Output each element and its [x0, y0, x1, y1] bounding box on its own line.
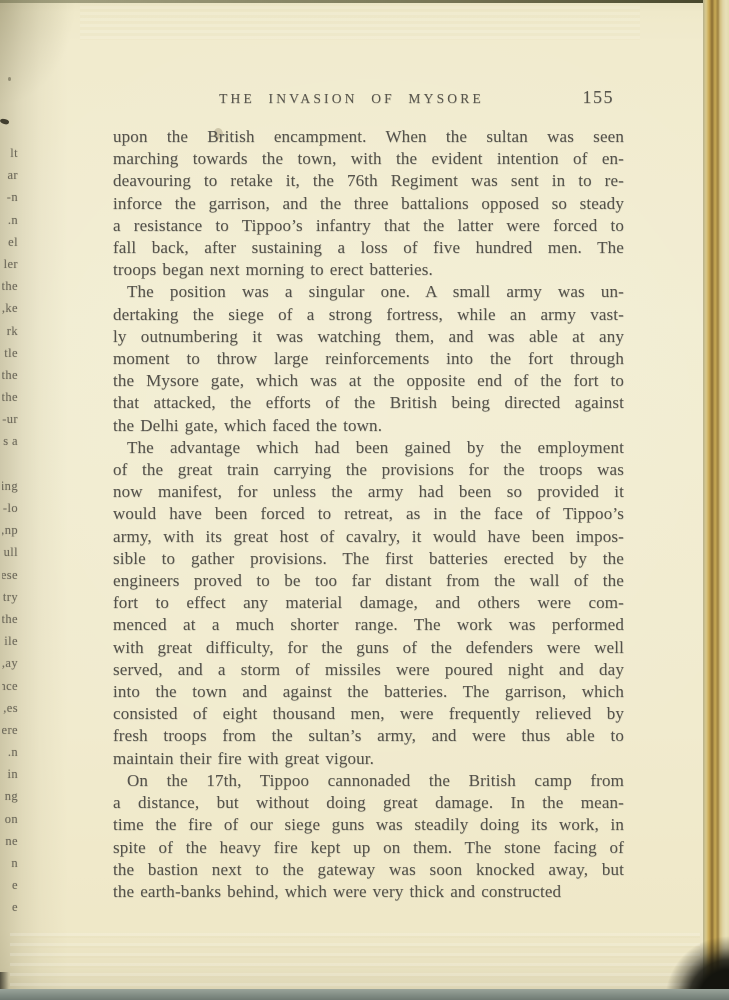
fragment-line: es,	[2, 697, 18, 719]
text-line: a resistance to Tippoo’s infantry that t…	[113, 215, 624, 237]
fragment-line: np,	[2, 519, 18, 541]
fragment-line: n	[2, 852, 18, 874]
text-line: dertaking the siege of a strong fortress…	[113, 304, 624, 326]
facing-page-text-fragments: ltarn-n.ellertheke,rktlethetheur-s aingl…	[2, 142, 18, 919]
book-top-edge	[0, 0, 729, 3]
fragment-line: ay,	[2, 652, 18, 674]
text-line: moment to throw large reinforcements int…	[113, 348, 624, 370]
text-line: with great difficulty, for the guns of t…	[113, 637, 624, 659]
body-text: upon the British encampment. When the su…	[113, 126, 624, 903]
fragment-line: ing	[2, 475, 18, 497]
fragment-line: e	[2, 896, 18, 918]
fragment-line: rk	[2, 320, 18, 342]
backdrop-surface	[0, 989, 729, 1000]
text-line: the Mysore gate, which was at the opposi…	[113, 370, 624, 392]
fragment-line: lt	[2, 142, 18, 164]
fragment-line: ng	[2, 785, 18, 807]
ink-speck	[8, 77, 11, 81]
text-line: maintain their fire with great vigour.	[113, 748, 624, 770]
fragment-line: the	[2, 608, 18, 630]
fragment-line: n.	[2, 741, 18, 763]
text-line: time the fire of our siege guns was stea…	[113, 814, 624, 836]
fragment-line: ile	[2, 630, 18, 652]
text-line: the earth-banks behind, which were very …	[113, 881, 624, 903]
corner-shadow	[659, 920, 729, 1000]
fragment-line: ne	[2, 830, 18, 852]
text-line: would have been forced to retreat, as in…	[113, 503, 624, 525]
text-line: sible to gather provisions. The first ba…	[113, 548, 624, 570]
text-line: engineers proved to be too far distant f…	[113, 570, 624, 592]
paragraph: upon the British encampment. When the su…	[113, 126, 624, 281]
fragment-line: ur-	[2, 408, 18, 430]
gutter-top-shadow	[0, 0, 90, 150]
fragment-line: the	[2, 386, 18, 408]
fragment-line: the	[2, 364, 18, 386]
fragment-line: ler	[2, 253, 18, 275]
fragment-line	[2, 453, 18, 475]
fragment-line: ere	[2, 719, 18, 741]
fragment-line: tle	[2, 342, 18, 364]
fragment-line: ke,	[2, 297, 18, 319]
fragment-line: n.	[2, 209, 18, 231]
fragment-line: ar	[2, 164, 18, 186]
text-line: of the great train carrying the provisio…	[113, 459, 624, 481]
paragraph: On the 17th, Tippoo cannonaded the Briti…	[113, 770, 624, 903]
fragment-line: lo-	[2, 497, 18, 519]
text-line: ly outnumbering it was watching them, an…	[113, 326, 624, 348]
running-header: THE INVASION OF MYSORE 155	[113, 91, 624, 113]
fragment-line: el	[2, 231, 18, 253]
fragment-line: on	[2, 808, 18, 830]
fragment-line: the	[2, 275, 18, 297]
fragment-line: n-	[2, 186, 18, 208]
text-line: army, with its great host of cavalry, it…	[113, 526, 624, 548]
page-edge-striations-top	[80, 6, 640, 40]
text-line: fresh troops from the sultan’s army, and…	[113, 725, 624, 747]
text-line: deavouring to retake it, the 76th Regime…	[113, 170, 624, 192]
text-line: menced at a much shorter range. The work…	[113, 614, 624, 636]
text-line: that attacked, the efforts of the Britis…	[113, 392, 624, 414]
fragment-line: ull	[2, 541, 18, 563]
text-line: a distance, but without doing great dama…	[113, 792, 624, 814]
text-line: served, and a storm of missiles were pou…	[113, 659, 624, 681]
text-line: marching towards the town, with the evid…	[113, 148, 624, 170]
text-line: the Delhi gate, which faced the town.	[113, 415, 624, 437]
page-number: 155	[583, 87, 615, 108]
text-line: into the town and against the batteries.…	[113, 681, 624, 703]
fore-edge-pages	[703, 0, 729, 1000]
page-title: THE INVASION OF MYSORE	[113, 91, 590, 107]
text-line: On the 17th, Tippoo cannonaded the Briti…	[113, 770, 624, 792]
text-line: The position was a singular one. A small…	[113, 281, 624, 303]
fragment-line: in	[2, 763, 18, 785]
text-line: upon the British encampment. When the su…	[113, 126, 624, 148]
book-scan: ltarn-n.ellertheke,rktlethetheur-s aingl…	[0, 0, 729, 1000]
fragment-line: nce	[2, 675, 18, 697]
text-line: inforce the garrison, and the three batt…	[113, 193, 624, 215]
paragraph: The advantage which had been gained by t…	[113, 437, 624, 770]
text-line: spite of the heavy fire kept up on them.…	[113, 837, 624, 859]
text-line: troops began next morning to erect batte…	[113, 259, 624, 281]
fragment-line: e	[2, 874, 18, 896]
fragment-line: try	[2, 586, 18, 608]
paragraph: The position was a singular one. A small…	[113, 281, 624, 436]
text-line: The advantage which had been gained by t…	[113, 437, 624, 459]
text-line: the bastion next to the gateway was soon…	[113, 859, 624, 881]
text-line: consisted of eight thousand men, were fr…	[113, 703, 624, 725]
fragment-line: ese	[2, 564, 18, 586]
fragment-line: s a	[2, 430, 18, 452]
text-line: now manifest, for unless the army had be…	[113, 481, 624, 503]
page-edge-striations-bottom	[10, 928, 700, 986]
text-line: fort to effect any material damage, and …	[113, 592, 624, 614]
text-line: fall back, after sustaining a loss of fi…	[113, 237, 624, 259]
